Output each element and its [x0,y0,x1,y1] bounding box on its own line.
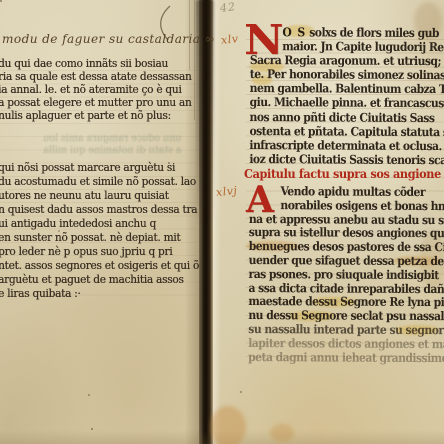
text-line: te. Per honorabiles simonez solinas p [250,67,444,82]
text-line-rest: solxs de flors miles gub [309,25,439,40]
stain [210,406,246,444]
text-line: Sacra Regia aragonum. et utriusq; [250,53,444,68]
text-line: e liras quibata :· [0,287,187,301]
text-line: ioz dicte Ciuitatis Sassis tenoris sca [249,152,443,167]
text-line: giu. Michaelle pinna. et francascus fer [250,95,444,110]
manuscript-photo: modu de faguer su castaldaria ∞ du qui d… [0,0,444,444]
right-paragraph-1: O S solxs de flors miles gub maior. Jn C… [249,25,443,167]
text-line: maior. Jn Capite lugudorij Reg [282,39,443,54]
margin-chapter-number-xlvj: xlvj [215,184,238,199]
text-line: pro leder nè p opus suo jpriu q pri [0,245,187,259]
bleedthrough-text: unu oduce ramgura amis lou a statu di no… [1,133,182,157]
text-line: arguètu et paguet de machitia assos [0,273,187,287]
folio-number: 42 [219,0,236,15]
text-line: infrascripte determinata et oclusa. et f… [249,138,443,153]
ink-specks [0,0,2,2]
decorated-capitals: O S [282,25,306,39]
text-line: en sunster nõ possat. nè depiat. mit [0,231,187,245]
text-line: ostenta et pñtata. Capitula statuta ser [249,124,443,139]
bleedthrough-line: a statu di notamine qui milla [1,145,182,157]
margin-chapter-number-xlv: xlv [220,32,239,47]
text-line: ntet. assos segnores et osigeris et qui … [0,259,187,273]
text-line: nem gambella. Balentinum cabza To [250,81,444,96]
text-line: O S solxs de flors miles gub [282,25,443,40]
text-line: qui nõsi possat marcare arguètu si [0,161,187,175]
text-line-faded: peta dagni annu ieheat grandissimo [248,351,442,366]
left-paragraph-2: qui nõsi possat marcare arguètu si du ac… [0,161,187,301]
text-line: du acostumadu et simile nõ possat. lao [0,175,187,189]
text-line: nos anno pñti dicte Ciuitatis Sass [250,110,444,125]
left-paragraph-1: du qui dae como innãts sii bosiau ria sa… [0,57,187,122]
text-line: n quisest dadu assos mastros dessa tra [0,203,187,217]
text-line: ui antigadu intededosi anchu q [0,217,187,231]
right-paragraph-2: Vendo apidu multas cõder norabiles osige… [248,185,442,365]
bleedthrough-line: unu oduce ramgura amis lou [1,133,182,145]
text-line: nulis aplaguer et parte et nõ plus: [0,109,187,122]
stain [270,424,294,442]
left-page-header: modu de faguer su castaldaria ∞ [2,31,215,46]
text-line: utores ne neunu atu lauru quisiat [0,189,187,203]
